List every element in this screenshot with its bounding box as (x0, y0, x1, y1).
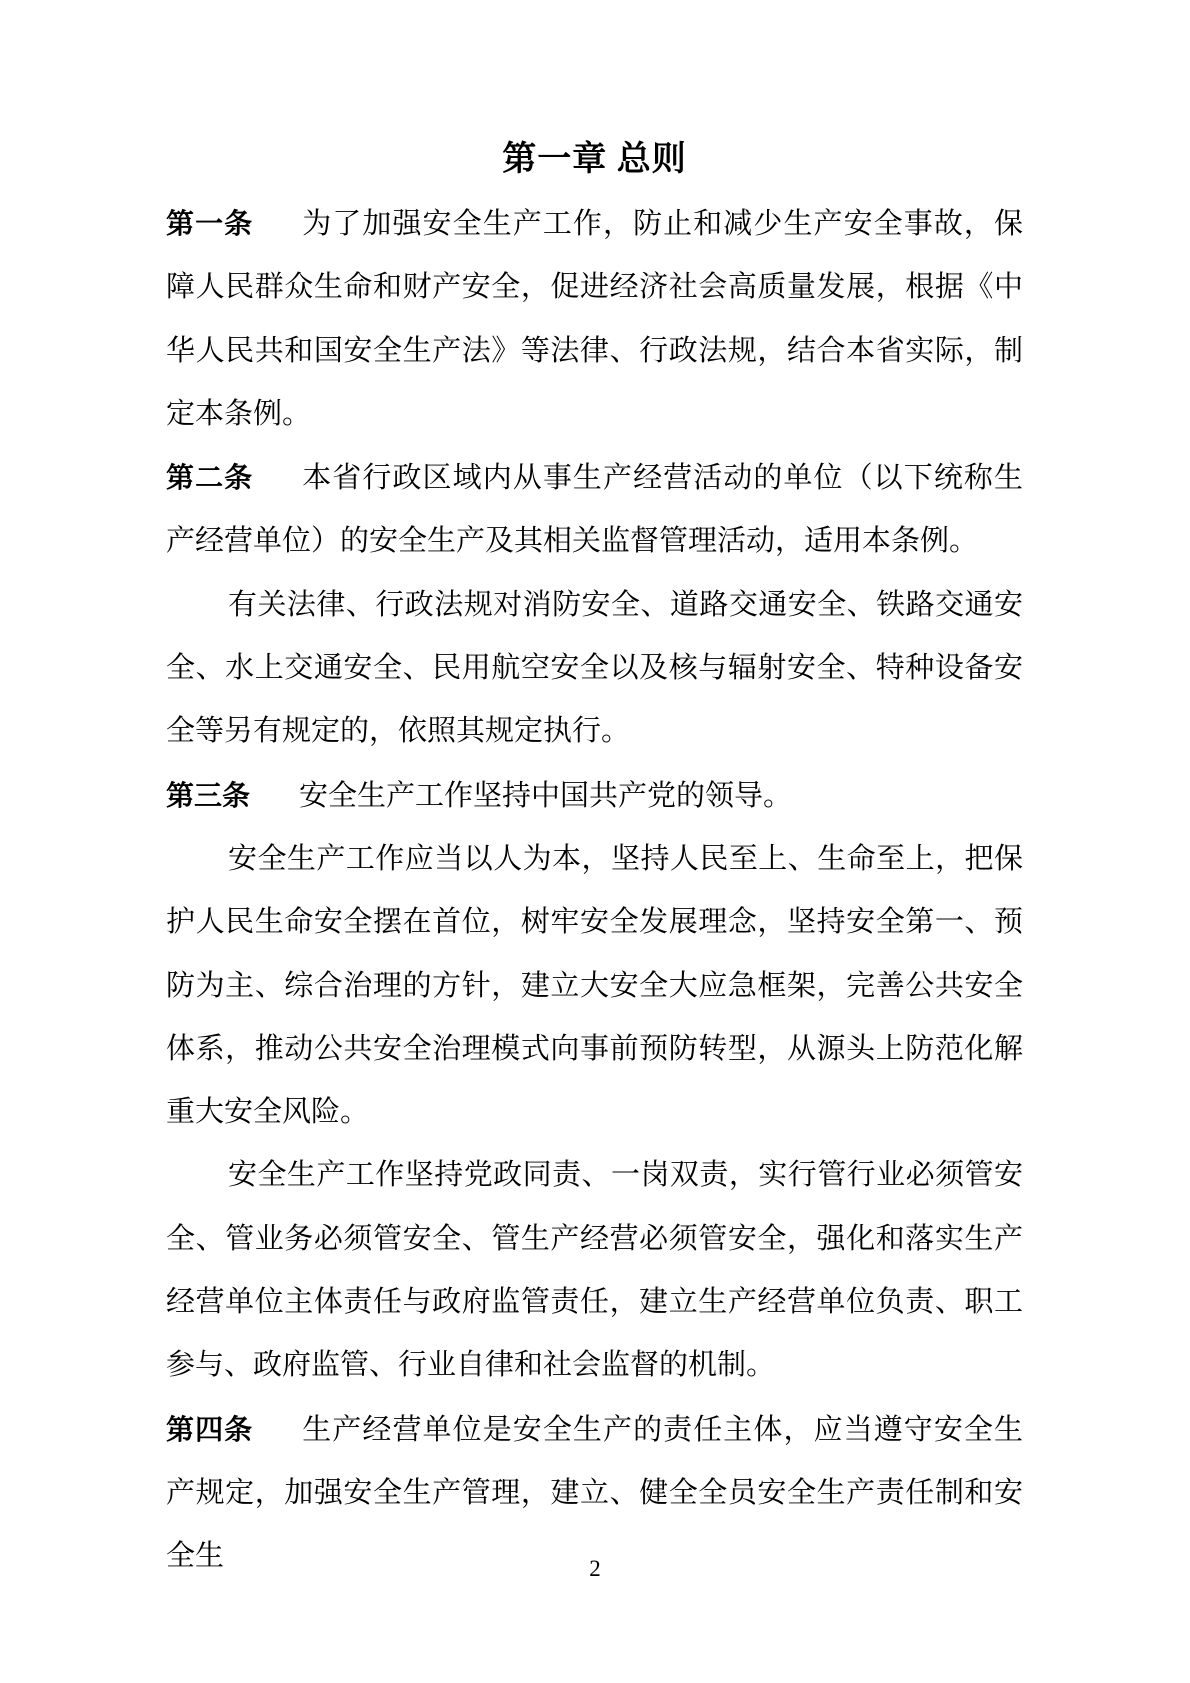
article-3-continuation-paragraph-1: 安全生产工作应当以人为本，坚持人民至上、生命至上，把保护人民生命安全摆在首位，树… (166, 828, 1023, 1144)
chapter-title: 第一章 总则 (166, 128, 1023, 192)
article-4-text: 生产经营单位是安全生产的责任主体，应当遵守安全生产规定，加强安全生产管理，建立、… (166, 1414, 1023, 1573)
article-3-continuation-1-text: 安全生产工作应当以人为本，坚持人民至上、生命至上，把保护人民生命安全摆在首位，树… (166, 843, 1023, 1128)
article-2-continuation-text: 有关法律、行政法规对消防安全、道路交通安全、铁路交通安全、水上交通安全、民用航空… (166, 589, 1023, 748)
article-3-continuation-paragraph-2: 安全生产工作坚持党政同责、一岗双责，实行管行业必须管安全、管业务必须管安全、管生… (166, 1144, 1023, 1397)
article-paragraph-1: 第一条为了加强安全生产工作，防止和减少生产安全事故，保障人民群众生命和财产安全，… (166, 192, 1023, 446)
article-4-label: 第四条 (166, 1414, 253, 1445)
article-2-text: 本省行政区域内从事生产经营活动的单位（以下统称生产经营单位）的安全生产及其相关监… (166, 462, 1023, 557)
article-2-continuation-paragraph: 有关法律、行政法规对消防安全、道路交通安全、铁路交通安全、水上交通安全、民用航空… (166, 574, 1023, 764)
article-3-label: 第三条 (166, 780, 250, 811)
article-3-text: 安全生产工作坚持中国共产党的领导。 (299, 780, 792, 812)
article-paragraph-2: 第二条本省行政区域内从事生产经营活动的单位（以下统称生产经营单位）的安全生产及其… (166, 446, 1023, 574)
article-1-label: 第一条 (166, 208, 253, 239)
article-1-text: 为了加强安全生产工作，防止和减少生产安全事故，保障人民群众生命和财产安全，促进经… (166, 208, 1023, 430)
document-page: 第一章 总则 第一条为了加强安全生产工作，防止和减少生产安全事故，保障人民群众生… (0, 0, 1190, 1683)
page-number: 2 (0, 1554, 1190, 1584)
article-2-label: 第二条 (166, 462, 253, 493)
article-paragraph-3: 第三条安全生产工作坚持中国共产党的领导。 (166, 764, 1023, 828)
document-content: 第一章 总则 第一条为了加强安全生产工作，防止和减少生产安全事故，保障人民群众生… (0, 0, 1190, 1589)
article-3-continuation-2-text: 安全生产工作坚持党政同责、一岗双责，实行管行业必须管安全、管业务必须管安全、管生… (166, 1159, 1023, 1381)
